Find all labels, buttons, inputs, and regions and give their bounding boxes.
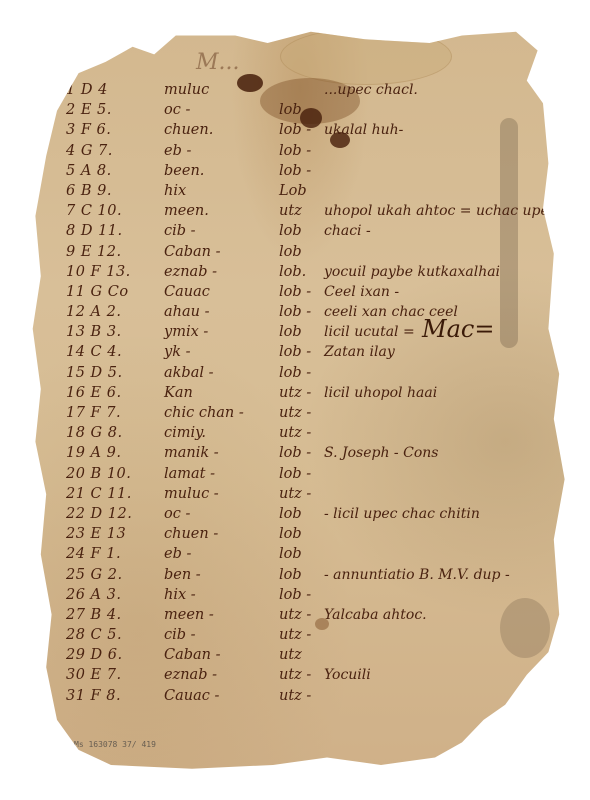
ledger-row: 7 C 10.meen.utzuhopol ukah ahtoc = uchac… (66, 203, 566, 223)
ledger-day-name: been. (164, 163, 204, 179)
ledger-row: 6 B 9.hixLob (66, 183, 566, 203)
ledger-row: 26 A 3.hix -lob - (66, 587, 566, 607)
ledger-day-number: 28 C 5. (66, 627, 166, 643)
ledger-day-name: meen. (164, 203, 209, 219)
ledger-mark: lob (279, 102, 302, 118)
ledger-day-name: Cauac (164, 284, 210, 300)
ledger-mark: lob (279, 546, 302, 562)
ledger-mark: lob (279, 244, 302, 260)
ledger-annotation: Yocuili (324, 667, 371, 683)
ledger-annotation: chaci - (324, 223, 371, 239)
ledger-mark: utz - (279, 425, 311, 441)
ledger-mark: lob (279, 526, 302, 542)
ledger-day-name: hix (164, 183, 186, 199)
ledger-mark: utz - (279, 667, 311, 683)
ledger-row: 14 C 4.yk -lob -Zatan ilay (66, 344, 566, 364)
ledger-day-name: ymix - (164, 324, 208, 340)
ledger-mark: lob - (279, 122, 311, 138)
ledger-row: 5 A 8.been.lob - (66, 163, 566, 183)
ledger-row: 1 D 4muluc...upec chacl. (66, 82, 566, 102)
ledger-day-name: muluc - (164, 486, 219, 502)
ledger-mark: lob (279, 506, 302, 522)
ledger-mark: utz - (279, 385, 311, 401)
ledger-mark: utz - (279, 405, 311, 421)
ledger-day-number: 19 A 9. (66, 445, 166, 461)
ledger-day-name: hix - (164, 587, 196, 603)
ledger-day-number: 9 E 12. (66, 244, 166, 260)
ledger-row: 2 E 5.oc -lob (66, 102, 566, 122)
ledger-day-number: 26 A 3. (66, 587, 166, 603)
ledger-day-name: eb - (164, 143, 191, 159)
ledger-day-name: muluc (164, 82, 209, 98)
ledger-day-name: eznab - (164, 667, 217, 683)
ledger-mark: utz - (279, 688, 311, 704)
month-label: Mac= (422, 315, 494, 343)
ledger-day-number: 18 G 8. (66, 425, 166, 441)
ledger-day-number: 23 E 13 (66, 526, 166, 542)
ledger-annotation: yocuil paybe kutkaxalhai (324, 264, 500, 280)
ledger-row: 28 C 5.cib -utz - (66, 627, 566, 647)
ledger-day-name: Kan (164, 385, 193, 401)
ledger-day-name: chic chan - (164, 405, 244, 421)
ledger-day-number: 6 B 9. (66, 183, 166, 199)
ledger-annotation: Ceel ixan - (324, 284, 399, 300)
ledger-mark: lob - (279, 284, 311, 300)
ledger-row: 10 F 13.eznab -lob.yocuil paybe kutkaxal… (66, 264, 566, 284)
ledger-day-number: 29 D 6. (66, 647, 166, 663)
ledger-mark: lob - (279, 587, 311, 603)
ledger-day-number: 4 G 7. (66, 143, 166, 159)
ledger-day-number: 5 A 8. (66, 163, 166, 179)
ledger-mark: lob - (279, 143, 311, 159)
ledger-day-name: Cauac - (164, 688, 219, 704)
ledger-day-name: cimiy. (164, 425, 206, 441)
ledger-day-name: akbal - (164, 365, 214, 381)
ledger-day-name: eznab - (164, 264, 217, 280)
ledger-row: 25 G 2.ben -lob- annuntiatio B. M.V. dup… (66, 567, 566, 587)
ledger-day-number: 2 E 5. (66, 102, 166, 118)
ledger-day-number: 21 C 11. (66, 486, 166, 502)
calendar-ledger: 1 D 4muluc...upec chacl.2 E 5.oc -lob3 F… (66, 82, 566, 708)
ledger-mark: utz (279, 647, 302, 663)
ledger-day-number: 12 A 2. (66, 304, 166, 320)
ledger-day-name: oc - (164, 506, 190, 522)
ledger-row: 15 D 5.akbal -lob - (66, 365, 566, 385)
ledger-row: 11 G CoCauaclob -Ceel ixan - (66, 284, 566, 304)
ledger-row: 27 B 4.meen -utz -Yalcaba ahtoc. (66, 607, 566, 627)
ledger-row: 31 F 8.Cauac -utz - (66, 688, 566, 708)
ledger-day-number: 30 E 7. (66, 667, 166, 683)
ledger-day-number: 13 B 3. (66, 324, 166, 340)
ledger-annotation: Yalcaba ahtoc. (324, 607, 427, 623)
ledger-day-name: manik - (164, 445, 219, 461)
manuscript-page: M... 1 D 4muluc...upec chacl.2 E 5.oc -l… (30, 28, 570, 780)
ledger-day-name: chuen. (164, 122, 213, 138)
ledger-row: 4 G 7.eb -lob - (66, 143, 566, 163)
ledger-annotation: - annuntiatio B. M.V. dup - (324, 567, 510, 583)
ledger-day-name: cib - (164, 627, 196, 643)
ledger-row: 8 D 11.cib -lobchaci - (66, 223, 566, 243)
ledger-day-name: eb - (164, 546, 191, 562)
ledger-row: 21 C 11.muluc -utz - (66, 486, 566, 506)
catalog-stamp-sub: 419 (141, 740, 155, 749)
ledger-day-number: 31 F 8. (66, 688, 166, 704)
ledger-row: 18 G 8.cimiy.utz - (66, 425, 566, 445)
water-stain (280, 28, 452, 85)
ledger-mark: lob - (279, 163, 311, 179)
ledger-day-number: 3 F 6. (66, 122, 166, 138)
ledger-mark: lob. (279, 264, 306, 280)
ledger-annotation: licil ucutal = (324, 324, 415, 340)
ledger-row: 17 F 7.chic chan -utz - (66, 405, 566, 425)
ledger-day-name: cib - (164, 223, 196, 239)
ledger-row: 24 F 1.eb -lob (66, 546, 566, 566)
ledger-day-name: ahau - (164, 304, 209, 320)
ledger-annotation: ...upec chacl. (324, 82, 418, 98)
catalog-stamp: Ms 163078 37/ 419 (74, 740, 156, 749)
ledger-annotation: - licil upec chac chitin (324, 506, 480, 522)
ledger-row: 22 D 12.oc -lob- licil upec chac chitin (66, 506, 566, 526)
ledger-row: 20 B 10.lamat -lob - (66, 466, 566, 486)
ledger-day-number: 8 D 11. (66, 223, 166, 239)
ledger-mark: utz - (279, 486, 311, 502)
ledger-mark: lob (279, 223, 302, 239)
ledger-day-name: meen - (164, 607, 214, 623)
ledger-day-number: 24 F 1. (66, 546, 166, 562)
ledger-row: 29 D 6.Caban -utz (66, 647, 566, 667)
ledger-day-name: lamat - (164, 466, 215, 482)
ledger-row: 30 E 7.eznab -utz -Yocuili (66, 667, 566, 687)
ledger-mark: lob - (279, 344, 311, 360)
ledger-mark: lob (279, 567, 302, 583)
ledger-mark: lob - (279, 304, 311, 320)
ledger-day-name: Caban - (164, 244, 221, 260)
ledger-day-number: 27 B 4. (66, 607, 166, 623)
ledger-mark: lob - (279, 466, 311, 482)
ledger-annotation: uhopol ukah ahtoc = uchac upec (324, 203, 557, 219)
ledger-day-number: 25 G 2. (66, 567, 166, 583)
ledger-annotation: S. Joseph - Cons (324, 445, 438, 461)
ledger-row: 9 E 12.Caban -lob (66, 244, 566, 264)
ledger-day-number: 10 F 13. (66, 264, 166, 280)
ledger-annotation: ukalal huh- (324, 122, 403, 138)
ledger-annotation: licil uhopol haai (324, 385, 437, 401)
ledger-row: 19 A 9.manik -lob -S. Joseph - Cons (66, 445, 566, 465)
ledger-day-name: Caban - (164, 647, 221, 663)
ledger-annotation: Zatan ilay (324, 344, 395, 360)
ledger-row: 16 E 6.Kanutz -licil uhopol haai (66, 385, 566, 405)
ledger-day-number: 11 G Co (66, 284, 166, 300)
ledger-mark: lob - (279, 445, 311, 461)
ledger-day-name: ben - (164, 567, 201, 583)
ledger-row: 23 E 13chuen -lob (66, 526, 566, 546)
page-heading-fragment: M... (196, 50, 240, 75)
ledger-mark: utz - (279, 627, 311, 643)
ledger-mark: lob (279, 324, 302, 340)
ledger-day-number: 14 C 4. (66, 344, 166, 360)
ledger-day-name: oc - (164, 102, 190, 118)
ledger-day-number: 22 D 12. (66, 506, 166, 522)
ledger-mark: utz (279, 203, 302, 219)
ledger-day-number: 20 B 10. (66, 466, 166, 482)
ledger-day-name: yk - (164, 344, 191, 360)
ledger-day-number: 7 C 10. (66, 203, 166, 219)
ledger-day-number: 1 D 4 (66, 82, 166, 98)
ledger-row: 3 F 6.chuen.lob -ukalal huh- (66, 122, 566, 142)
ledger-day-number: 16 E 6. (66, 385, 166, 401)
ledger-mark: lob - (279, 365, 311, 381)
catalog-stamp-text: Ms 163078 37/ (74, 740, 137, 749)
ledger-day-number: 17 F 7. (66, 405, 166, 421)
ledger-day-name: chuen - (164, 526, 218, 542)
ledger-mark: utz - (279, 607, 311, 623)
ledger-day-number: 15 D 5. (66, 365, 166, 381)
ledger-mark: Lob (279, 183, 307, 199)
